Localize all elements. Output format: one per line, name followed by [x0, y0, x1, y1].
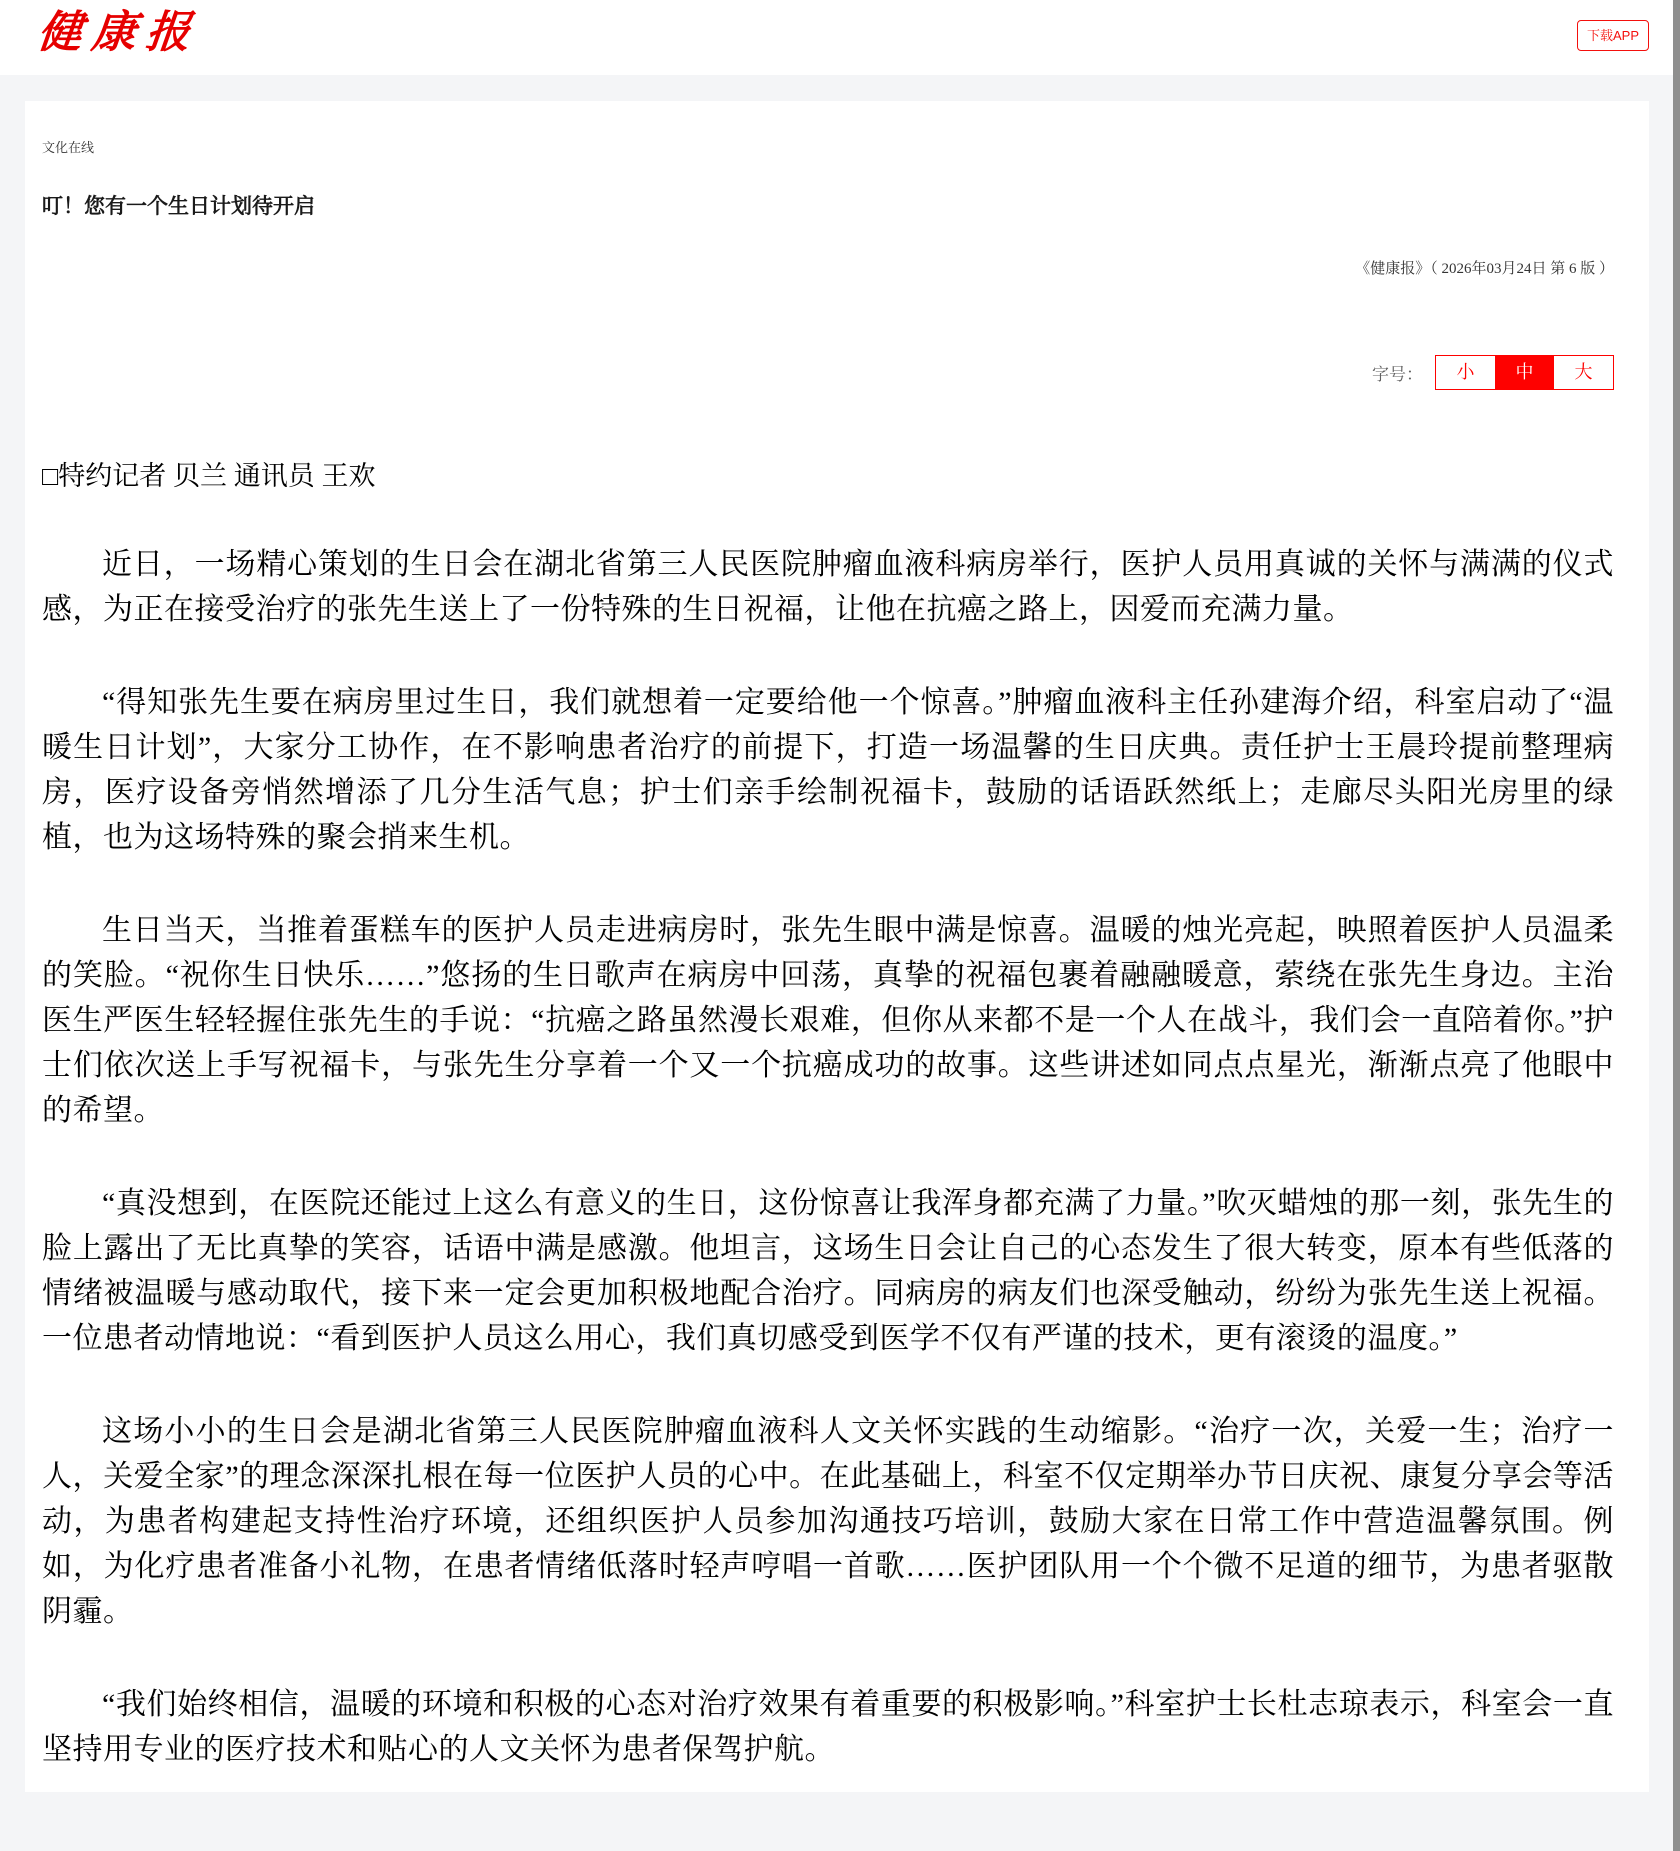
page-header: 健康报 下载APP	[0, 0, 1680, 75]
article-paragraph: 这场小小的生日会是湖北省第三人民医院肿瘤血液科人文关怀实践的生动缩影。“治疗一次…	[42, 1409, 1614, 1634]
article-body: 近日，一场精心策划的生日会在湖北省第三人民医院肿瘤血液科病房举行，医护人员用真诚…	[42, 542, 1614, 1772]
scrollbar-thumb[interactable]	[1673, 0, 1680, 1851]
article-paragraph: 生日当天，当推着蛋糕车的医护人员走进病房时，张先生眼中满是惊喜。温暖的烛光亮起，…	[42, 908, 1614, 1133]
font-size-option-medium[interactable]: 中	[1495, 356, 1554, 389]
article-paragraph: “我们始终相信，温暖的环境和积极的心态对治疗效果有着重要的积极影响。”科室护士长…	[42, 1682, 1614, 1772]
download-app-button[interactable]: 下载APP	[1577, 20, 1649, 51]
font-size-option-large[interactable]: 大	[1554, 356, 1613, 389]
breadcrumb-category[interactable]: 文化在线	[42, 139, 1614, 157]
font-size-control: 小 中 大	[1435, 355, 1614, 390]
font-size-option-small[interactable]: 小	[1436, 356, 1495, 389]
font-size-row: 字号： 小 中 大	[42, 355, 1614, 390]
article-byline: □特约记者 贝兰 通讯员 王欢	[42, 460, 1614, 492]
article-paragraph: “得知张先生要在病房里过生日，我们就想着一定要给他一个惊喜。”肿瘤血液科主任孙建…	[42, 680, 1614, 860]
masthead-logo[interactable]: 健康报	[35, 4, 203, 62]
article-paragraph: 近日，一场精心策划的生日会在湖北省第三人民医院肿瘤血液科病房举行，医护人员用真诚…	[42, 542, 1614, 632]
article-title: 叮！您有一个生日计划待开启	[42, 194, 1614, 220]
font-size-label: 字号：	[1372, 360, 1423, 385]
article-card: 文化在线 叮！您有一个生日计划待开启 《健康报》（ 2026年03月24日 第 …	[25, 101, 1649, 1792]
article-paragraph: “真没想到，在医院还能过上这么有意义的生日，这份惊喜让我浑身都充满了力量。”吹灭…	[42, 1181, 1614, 1361]
article-source: 《健康报》（ 2026年03月24日 第 6 版 ）	[42, 260, 1614, 278]
